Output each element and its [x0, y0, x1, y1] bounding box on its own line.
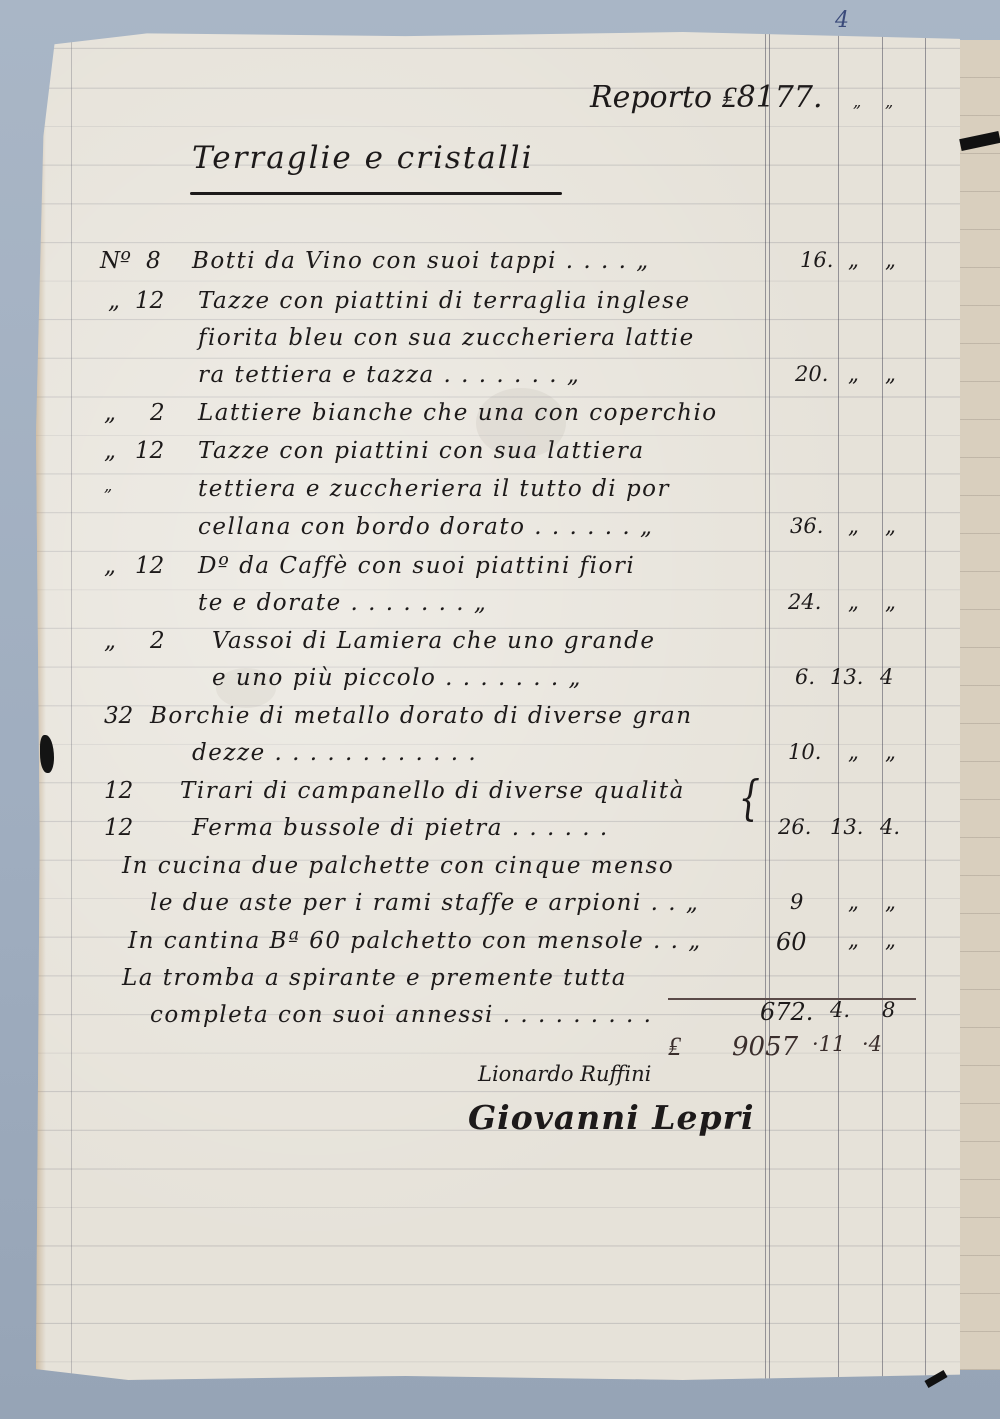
signature-main: Giovanni Lepri: [468, 1098, 755, 1137]
entry-denari: „: [885, 514, 896, 538]
entry-soldi: „: [848, 890, 859, 914]
entry-qty: 12: [135, 553, 164, 579]
denari-column-rule: [882, 28, 883, 1380]
signature-witness: Lionardo Ruffini: [478, 1062, 651, 1086]
entry-prefix: „: [104, 628, 116, 654]
lire-column-rule-left: [765, 28, 766, 1380]
entry-line: In cucina due palchette con cinque menso: [122, 853, 674, 879]
entry-soldi: „: [848, 928, 859, 952]
total-denari: ·4: [862, 1032, 882, 1056]
entry-line: Lattiere bianche che una con coperchio: [198, 400, 718, 426]
entry-line: te e dorate . . . . . . . „: [198, 590, 487, 616]
carried-forward-label: Reporto: [590, 80, 712, 115]
entry-qty: 8: [146, 248, 161, 274]
entry-lire: 9: [790, 890, 803, 914]
entry-lire: 60: [776, 928, 807, 956]
entry-line: ra tettiera e tazza . . . . . . . „: [198, 362, 580, 388]
entry-line: completa con suoi annessi . . . . . . . …: [150, 1002, 653, 1028]
entry-denari: „: [885, 362, 896, 386]
entry-denari: „: [885, 890, 896, 914]
entry-lire: 20.: [795, 362, 828, 386]
carried-forward-lire: 8177: [737, 80, 813, 115]
total-soldi: ·11: [812, 1032, 845, 1056]
entry-denari: „: [885, 590, 896, 614]
entry-qty: 12: [135, 438, 164, 464]
carried-forward: Reporto ₤8177.: [590, 80, 823, 115]
entry-line: La tromba a spirante e premente tutta: [122, 965, 627, 991]
entry-soldi: „: [848, 590, 859, 614]
total-currency: ₤: [668, 1032, 681, 1062]
entry-soldi: „: [848, 362, 859, 386]
right-column-rule: [925, 28, 926, 1380]
total-rule: [668, 998, 916, 1000]
entry-soldi: 13.: [830, 815, 863, 839]
entry-line: Borchie di metallo dorato di diverse gra…: [150, 703, 693, 729]
carried-forward-denari: „: [885, 92, 893, 111]
entry-denari: „: [885, 928, 896, 952]
entry-lire: 16.: [800, 248, 833, 272]
entry-line: Vassoi di Lamiera che uno grande: [212, 628, 655, 654]
entry-line: In cantina Bª 60 palchetto con mensole .…: [128, 928, 702, 954]
entry-denari: 4: [880, 665, 893, 689]
lire-column-rule-left-double: [769, 28, 770, 1380]
entry-qty: 12: [104, 815, 133, 841]
entry-prefix: Nº: [100, 248, 131, 274]
soldi-column-rule: [838, 28, 839, 1380]
entry-prefix: „: [108, 288, 120, 314]
entry-qty: 2: [150, 400, 165, 426]
entry-qty: 2: [150, 628, 165, 654]
entry-lire: 36.: [790, 514, 823, 538]
section-title: Terraglie e cristalli: [192, 140, 534, 176]
entry-prefix: „: [104, 438, 116, 464]
page-number-mark: 4: [835, 8, 849, 33]
entry-lire: 672.: [760, 998, 813, 1026]
entry-soldi: „: [848, 248, 859, 272]
entry-soldi: „: [848, 514, 859, 538]
entry-line: Tazze con piattini con sua lattiera: [198, 438, 645, 464]
entry-line: Botti da Vino con suoi tappi . . . . „: [192, 248, 650, 274]
entry-sub-prefix: „: [104, 476, 112, 495]
entry-line: cellana con bordo dorato . . . . . . „: [198, 514, 653, 540]
title-underline: [190, 192, 562, 195]
entry-denari: 4.: [880, 815, 900, 839]
currency-symbol: ₤: [722, 80, 737, 115]
entry-prefix: „: [104, 553, 116, 579]
entry-lire: 26.: [778, 815, 811, 839]
entry-qty: 32: [104, 703, 133, 729]
grouping-brace: {: [739, 770, 760, 826]
entry-line: le due aste per i rami staffe e arpioni …: [150, 890, 699, 916]
entry-soldi: 4.: [830, 998, 850, 1022]
entry-line: fiorita bleu con sua zuccheriera lattie: [198, 325, 695, 351]
entry-soldi: 13.: [830, 665, 863, 689]
entry-line: Tazze con piattini di terraglia inglese: [198, 288, 691, 314]
entry-denari: „: [885, 740, 896, 764]
entry-line: Ferma bussole di pietra . . . . . .: [192, 815, 609, 841]
total-lire: 9057: [732, 1032, 798, 1062]
entry-lire: 6.: [795, 665, 815, 689]
entry-line: tettiera e zuccheriera il tutto di por: [198, 476, 670, 502]
entry-line: e uno più piccolo . . . . . . . „: [212, 665, 582, 691]
entry-line: Dº da Caffè con suoi piattini fiori: [198, 553, 635, 579]
entry-denari: 8: [882, 998, 895, 1022]
carried-forward-soldi: „: [853, 92, 861, 111]
left-margin-rule: [71, 28, 72, 1380]
entry-soldi: „: [848, 740, 859, 764]
entry-denari: „: [885, 248, 896, 272]
entry-line: dezze . . . . . . . . . . . .: [192, 740, 477, 766]
entry-qty: 12: [104, 778, 133, 804]
entry-qty: 12: [135, 288, 164, 314]
entry-line: Tirari di campanello di diverse qualità: [180, 778, 685, 804]
entry-lire: 10.: [788, 740, 821, 764]
entry-prefix: „: [104, 400, 116, 426]
entry-lire: 24.: [788, 590, 821, 614]
